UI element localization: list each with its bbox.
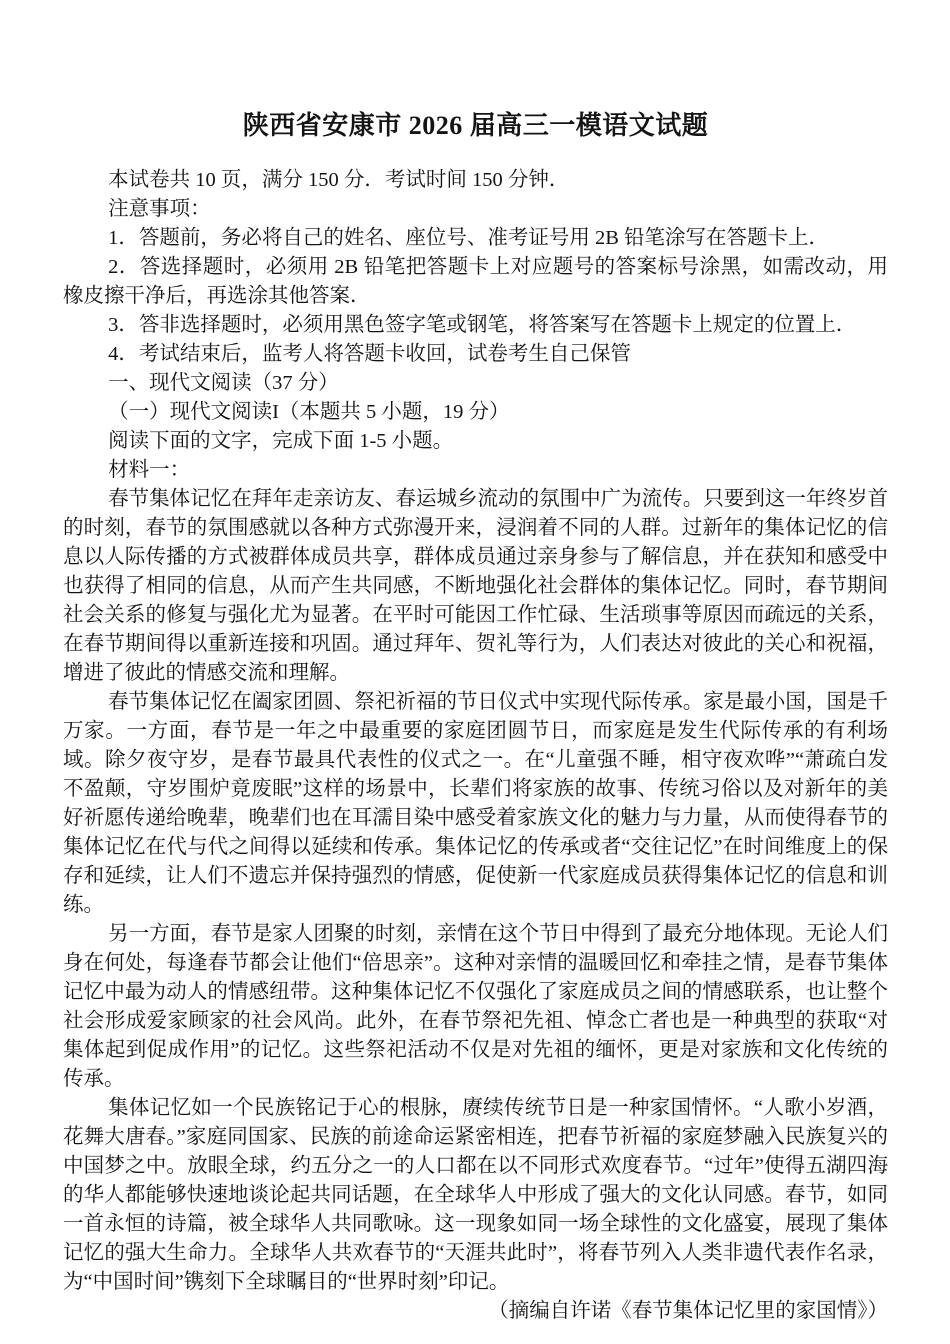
source-attribution: （摘编自许诺《春节集体记忆里的家国情》） (63, 1297, 888, 1326)
material-paragraph-4: 集体记忆如一个民族铭记于心的根脉，赓续传统节日是一种家国情怀。“人歌小岁酒，花舞… (63, 1094, 888, 1297)
material-paragraph-2: 春节集体记忆在阖家团圆、祭祀祈福的节日仪式中实现代际传承。家是最小国，国是千万家… (63, 688, 888, 920)
notice-item-2: 2．答选择题时，必须用 2B 铅笔把答题卡上对应题号的答案标号涂黑，如需改动，用… (63, 253, 888, 311)
notice-item-3: 3．答非选择题时，必须用黑色签字笔或钢笔，将答案写在答题卡上规定的位置上． (63, 311, 888, 340)
document-page: 陕西省安康市 2026 届高三一模语文试题 本试卷共 10 页，满分 150 分… (0, 0, 950, 1344)
notice-item-1: 1．答题前，务必将自己的姓名、座位号、准考证号用 2B 铅笔涂写在答题卡上． (63, 224, 888, 253)
material-paragraph-1: 春节集体记忆在拜年走亲访友、春运城乡流动的氛围中广为流传。只要到这一年终岁首的时… (63, 485, 888, 688)
material-label: 材料一： (63, 456, 888, 485)
notice-label: 注意事项： (63, 195, 888, 224)
page-title: 陕西省安康市 2026 届高三一模语文试题 (63, 110, 888, 142)
notice-item-4: 4．考试结束后，监考人将答题卡收回，试卷考生自己保管 (63, 340, 888, 369)
reading-instruction: 阅读下面的文字，完成下面 1-5 小题。 (63, 427, 888, 456)
exam-info: 本试卷共 10 页，满分 150 分．考试时间 150 分钟． (63, 166, 888, 195)
section-subheading: （一）现代文阅读I（本题共 5 小题，19 分） (63, 398, 888, 427)
material-paragraph-3: 另一方面，春节是家人团聚的时刻，亲情在这个节日中得到了最充分地体现。无论人们身在… (63, 920, 888, 1094)
section-heading: 一、现代文阅读（37 分） (63, 369, 888, 398)
